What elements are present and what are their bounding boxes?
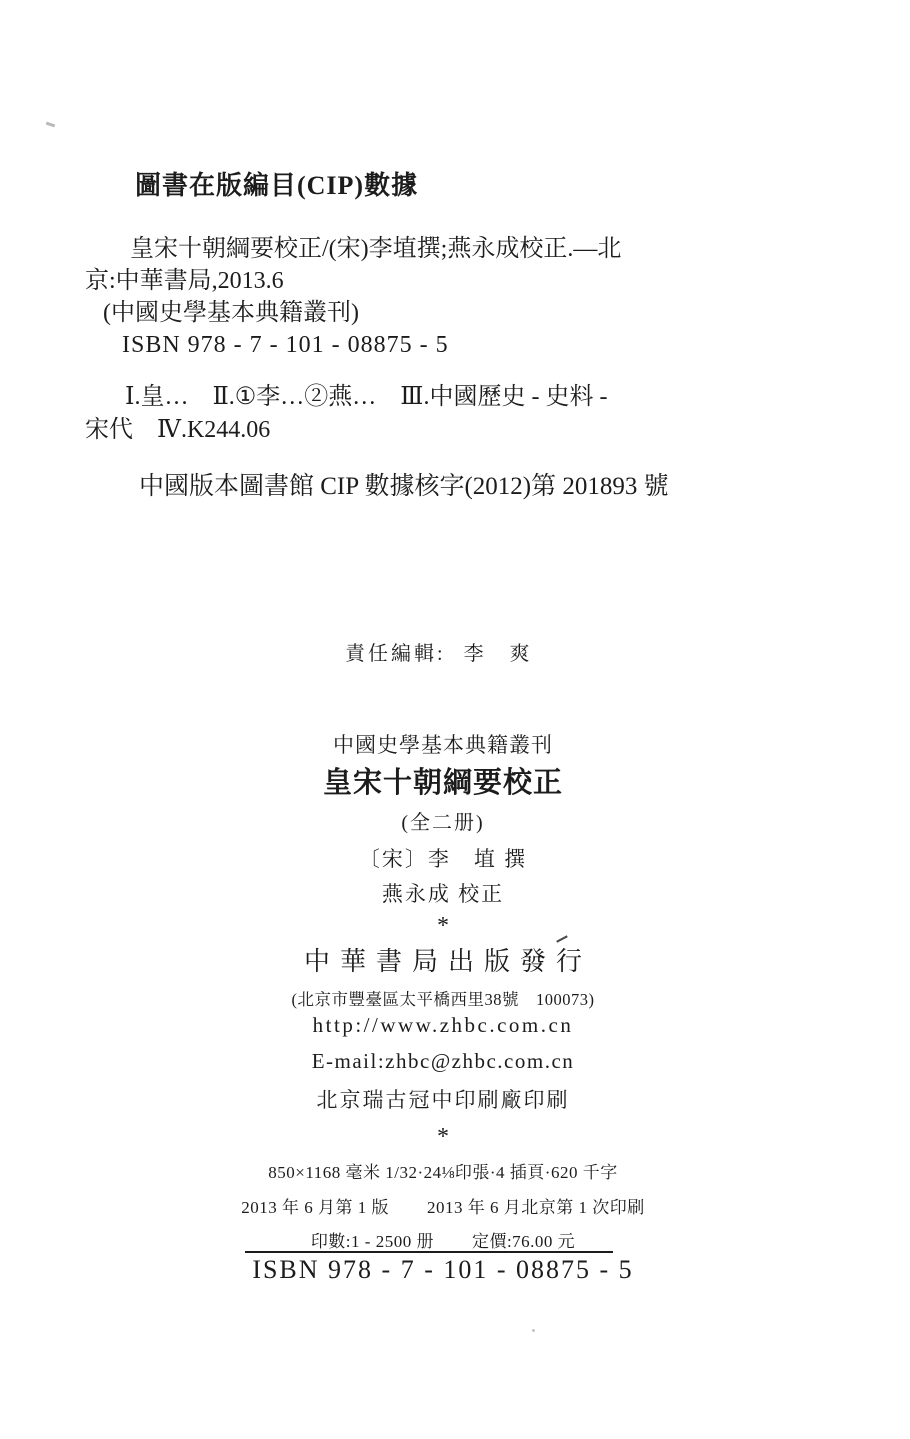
- cip-subjects-line2: 宋代 Ⅳ.K244.06: [85, 414, 825, 447]
- publisher-address: (北京市豐臺區太平橋西里38號 100073): [0, 986, 886, 1010]
- publisher-email: E-mail:zhbc@zhbc.com.cn: [0, 1049, 886, 1074]
- cip-entry-line2: 京:中華書局,2013.6: [85, 265, 825, 297]
- book-title: 皇宋十朝綱要校正: [0, 760, 886, 801]
- responsible-editor-line: 責任編輯: 李 爽: [345, 637, 533, 666]
- print-run: 印數:1 - 2500 册: [311, 1232, 434, 1251]
- responsible-editor-name: 李 爽: [464, 643, 533, 665]
- print-format-line: 850×1168 毫米 1/32·24⅛印張·4 插頁·620 千字: [0, 1158, 886, 1183]
- cip-entry-line1: 皇宋十朝綱要校正/(宋)李埴撰;燕永成校正.—北: [85, 233, 825, 265]
- cip-entry-block: 皇宋十朝綱要校正/(宋)李埴撰;燕永成校正.—北 京:中華書局,2013.6 (…: [85, 233, 825, 361]
- cip-record-number: 中國版本圖書館 CIP 數據核字(2012)第 201893 號: [139, 466, 669, 502]
- center-column: 中國史學基本典籍叢刊 皇宋十朝綱要校正 (全二册) 〔宋〕李 埴 撰 燕永成 校…: [0, 0, 886, 1439]
- edition-info: 2013 年 6 月第 1 版: [241, 1198, 389, 1217]
- publisher-website: http://www.zhbc.com.cn: [0, 1013, 886, 1038]
- isbn-bottom: ISBN 978 - 7 - 101 - 08875 - 5: [0, 1255, 886, 1285]
- cip-heading: 圖書在版編目(CIP)數據: [135, 165, 418, 202]
- printer-name: 北京瑞古冠中印刷廠印刷: [0, 1084, 886, 1114]
- volume-note: (全二册): [0, 806, 886, 835]
- scan-artifact: [46, 122, 55, 128]
- book-copyright-page: 圖書在版編目(CIP)數據 皇宋十朝綱要校正/(宋)李埴撰;燕永成校正.—北 京…: [0, 0, 910, 1439]
- cip-subjects-line1: Ⅰ.皇… Ⅱ.①李…②燕… Ⅲ.中國歷史 - 史料 -: [85, 381, 825, 414]
- cip-isbn: ISBN 978 - 7 - 101 - 08875 - 5: [85, 329, 825, 361]
- edition-line: 2013 年 6 月第 1 版2013 年 6 月北京第 1 次印刷: [0, 1193, 886, 1218]
- collator-line: 燕永成 校正: [0, 878, 886, 908]
- cip-subjects-block: Ⅰ.皇… Ⅱ.①李…②燕… Ⅲ.中國歷史 - 史料 - 宋代 Ⅳ.K244.06: [85, 381, 825, 447]
- scan-artifact: [532, 1329, 535, 1332]
- printing-info: 2013 年 6 月北京第 1 次印刷: [427, 1198, 645, 1217]
- asterisk-separator: *: [0, 1124, 886, 1151]
- cip-series-note: (中國史學基本典籍叢刊): [85, 297, 825, 329]
- asterisk-separator: *: [0, 913, 886, 940]
- series-title: 中國史學基本典籍叢刊: [0, 729, 886, 759]
- price: 定價:76.00 元: [472, 1232, 575, 1251]
- isbn-divider-rule: [245, 1251, 613, 1253]
- author-line: 〔宋〕李 埴 撰: [0, 843, 886, 873]
- publisher-name: 中華書局出版發行: [0, 941, 886, 978]
- printrun-price-line: 印數:1 - 2500 册定價:76.00 元: [0, 1227, 886, 1252]
- scan-artifact: [556, 935, 568, 942]
- responsible-editor-label: 責任編輯:: [345, 643, 446, 665]
